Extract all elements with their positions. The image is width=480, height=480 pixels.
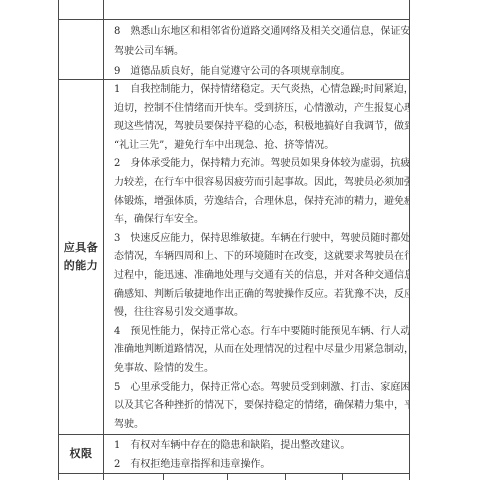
table-row-qualifications-continued: 8 熟悉山东地区和相邻省份道路交通网络及相关交通信息，保证安全 驾驶公司车辆。 …	[59, 19, 409, 79]
row-header-abilities: 应具备 的能力	[59, 80, 104, 434]
job-description-table: 8 熟悉山东地区和相邻省份道路交通网络及相关交通信息，保证安全 驾驶公司车辆。 …	[58, 0, 410, 480]
text-line: 8 熟悉山东地区和相邻省份道路交通网络及相关交通信息，保证安全	[114, 22, 405, 42]
text-line: 确感知、判断后敏捷地作出正确的驾驶操作反应。若犹豫不决，反应缓	[114, 286, 405, 305]
text-line: 2 身体承受能力，保持精力充沛。驾驶员如果身体较为虚弱，抗疲劳能	[114, 155, 405, 174]
row-body-cell-empty	[104, 0, 409, 19]
text-line: 准确地判断道路情况，从而在处理情况的过程中尽量少用紧急制动，避	[114, 341, 405, 360]
text-line: 1 有权对车辆中存在的隐患和缺陷，提出整改建议。	[114, 436, 405, 455]
row-header-cell-empty	[59, 0, 104, 19]
text-line: 迫切，控制不住情绪而开快车。受到挤压，心情激动，产生报复心理。出	[114, 100, 405, 119]
row-header-cell-empty	[59, 20, 104, 79]
text-line: 态情况，车辆四周和上、下的环境随时在改变，这就要求驾驶员在行车	[114, 248, 405, 267]
row-header-authority: 权限	[59, 435, 104, 473]
text-line: 慢，往往容易引发交通事故。	[114, 304, 405, 323]
text-line: 免事故、险情的发生。	[114, 360, 405, 379]
text-line: 力较差，在行车中很容易因疲劳而引起事故。因此，驾驶员必须加强身	[114, 174, 405, 193]
text-line: “礼让三先”，避免行车中出现急、抢、挤等情况。	[114, 137, 405, 156]
table-row-partial-bottom	[59, 473, 409, 480]
text-line: 9 道德品质良好，能自觉遵守公司的各项规章制度。	[114, 62, 405, 79]
table-row-abilities: 应具备 的能力 1 自我控制能力，保持情绪稳定。天气炎热，心情急躁;时间紧迫，心…	[59, 79, 409, 434]
signature-cell	[104, 474, 164, 480]
row-header-label-line: 应具备	[64, 239, 99, 257]
text-line: 1 自我控制能力，保持情绪稳定。天气炎热，心情急躁;时间紧迫，心情	[114, 81, 405, 100]
table-row-authority: 权限 1 有权对车辆中存在的隐患和缺陷，提出整改建议。 2 有权拒绝违章指挥和违…	[59, 434, 409, 473]
text-line: 驾驶公司车辆。	[114, 42, 405, 62]
signature-cell	[59, 474, 104, 480]
signature-cell	[343, 474, 409, 480]
text-line: 2 有权拒绝违章指挥和违章操作。	[114, 455, 405, 473]
signature-cell	[228, 474, 286, 480]
abilities-text: 1 自我控制能力，保持情绪稳定。天气炎热，心情急躁;时间紧迫，心情 迫切，控制不…	[104, 80, 409, 434]
text-line: 4 预见性能力，保持正常心态。行车中要随时能预见车辆、行人动态，	[114, 323, 405, 342]
text-line: 以及其它各种挫折的情况下，要保持稳定的情绪，确保精力集中，平稳	[114, 397, 405, 416]
signature-cell	[286, 474, 343, 480]
text-line: 体锻炼，增强体质，劳逸结合，合理休息，保持充沛的精力，避免疲劳行	[114, 193, 405, 212]
qualifications-text: 8 熟悉山东地区和相邻省份道路交通网络及相关交通信息，保证安全 驾驶公司车辆。 …	[104, 20, 409, 79]
text-line: 车，确保行车安全。	[114, 211, 405, 230]
text-line: 3 快速反应能力，保持思维敏捷。车辆在行驶中，驾驶员随时都处在动	[114, 230, 405, 249]
text-line: 5 心里承受能力，保持正常心态。驾驶员受到刺激、打击、家庭困难	[114, 379, 405, 398]
row-header-label-line: 的能力	[64, 257, 99, 275]
text-line: 驾驶。	[114, 416, 405, 434]
text-line: 现这些情况，驾驶员要保持平稳的心态，积极地搞好自我调节，做到	[114, 118, 405, 137]
table-row-partial-top	[59, 0, 409, 19]
authority-text: 1 有权对车辆中存在的隐患和缺陷，提出整改建议。 2 有权拒绝违章指挥和违章操作…	[104, 435, 409, 473]
text-line: 过程中，能迅速、准确地处理与交通有关的信息，并对各种交通信息正	[114, 267, 405, 286]
row-header-label-line: 权限	[70, 445, 93, 463]
signature-cell	[164, 474, 228, 480]
